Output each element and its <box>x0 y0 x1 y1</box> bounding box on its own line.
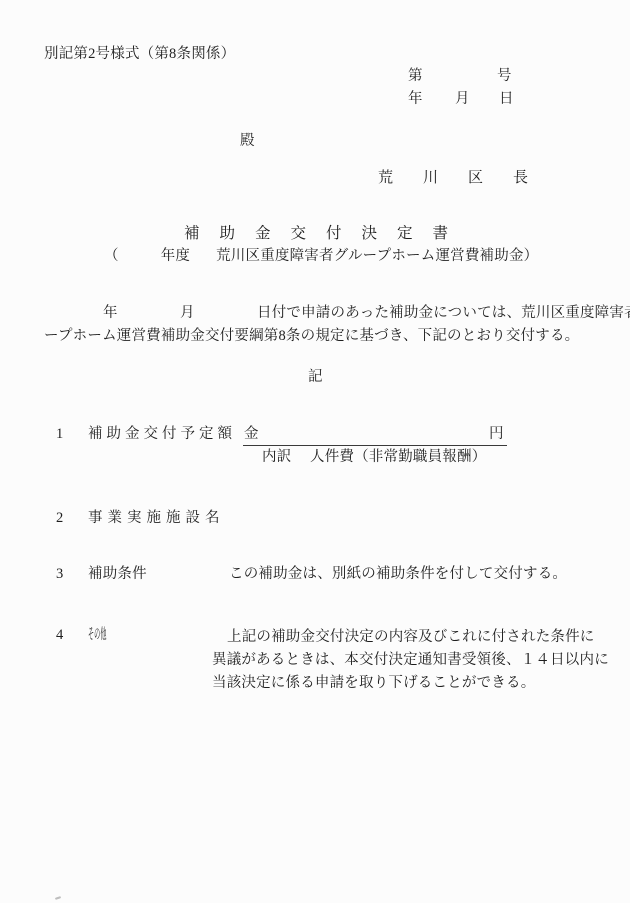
item2-number: 2 <box>56 509 63 528</box>
item4-line1: 上記の補助金交付決定の内容及びこれに付された条件に <box>212 626 609 649</box>
item4-number: 4 <box>56 626 63 645</box>
document-title: 補助金交付決定書 <box>184 224 468 243</box>
subtitle-paren-open: （ <box>104 248 119 264</box>
issuer-name: 荒川区長 <box>378 169 558 188</box>
item3-number: 3 <box>56 565 63 584</box>
body-date-year: 年 <box>103 304 118 323</box>
amount-suffix: 円 <box>489 425 504 444</box>
item4-label: その他 <box>88 626 132 645</box>
item1-label: 補助金交付予定額 <box>88 425 236 444</box>
amount-prefix: 金 <box>244 425 259 444</box>
form-number-note: 別記第2号様式（第8条関係） <box>44 45 235 64</box>
scan-artifact-speck <box>55 896 61 900</box>
item2-label: 事業実施施設名 <box>88 509 225 528</box>
item3-label: 補助条件 <box>88 565 147 584</box>
document-number-prefix: 第 <box>408 67 423 86</box>
item4-paragraph: 上記の補助金交付決定の内容及びこれに付された条件に 異議があるときは、本交付決定… <box>212 626 609 695</box>
item4-label-text: その他 <box>88 626 107 645</box>
date-month-label: 月 <box>455 90 470 109</box>
document-subtitle: （年度荒川区重度障害者グループホーム運営費補助金） <box>104 247 538 266</box>
addressee-honorific: 殿 <box>240 132 255 151</box>
amount-underline <box>243 427 507 446</box>
body-date-month: 月 <box>180 304 195 323</box>
subtitle-year-label: 年度 <box>161 248 190 264</box>
date-year-label: 年 <box>408 90 423 109</box>
date-day-label: 日 <box>499 90 514 109</box>
item3-text: この補助金は、別紙の補助条件を付して交付する。 <box>229 565 567 584</box>
decision-document-page: 別記第2号様式（第8条関係） 第 号 年 月 日 殿 荒川区長 補助金交付決定書… <box>0 0 630 903</box>
body-line2: ープホーム運営費補助金交付要綱第8条の規定に基づき、下記のとおり交付する。 <box>44 327 579 346</box>
document-number-suffix: 号 <box>497 67 512 86</box>
item4-line3: 当該決定に係る申請を取り下げることができる。 <box>212 672 609 695</box>
breakdown-value: 人件費（非常勤職員報酬） <box>310 448 486 467</box>
body-line1: 日付で申請のあった補助金については、荒川区重度障害者グル <box>257 304 630 323</box>
breakdown-label: 内訳 <box>262 448 291 467</box>
ki-marker: 記 <box>308 368 323 387</box>
item4-line2: 異議があるときは、本交付決定通知書受領後、１４日以内に <box>212 649 609 672</box>
item1-number: 1 <box>56 425 63 444</box>
subtitle-program-name: 荒川区重度障害者グループホーム運営費補助金） <box>216 248 538 264</box>
